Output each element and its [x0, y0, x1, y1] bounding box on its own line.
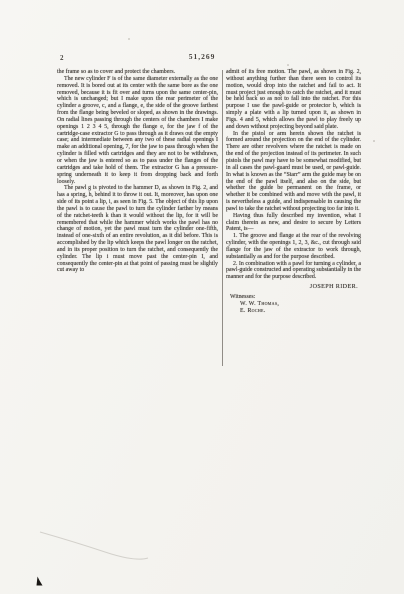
- paragraph: The new cylinder F is of the same diamet…: [57, 76, 218, 186]
- paragraph: The pawl g is pivoted to the hammer D, a…: [57, 185, 218, 274]
- page-header: 2 51,269: [0, 52, 404, 66]
- left-column: the frame so as to cover and protect the…: [57, 69, 218, 315]
- patent-page: 2 51,269 the frame so as to cover and pr…: [0, 0, 404, 594]
- witness-name: E. Roche.: [226, 308, 361, 315]
- paragraph: 1. The groove and flange at the rear of …: [226, 233, 361, 260]
- paragraph: 2. In combination with a pawl for turnin…: [226, 261, 361, 282]
- paper-speck: [128, 38, 130, 40]
- right-column-text: admit of its free motion. The pawl, as s…: [226, 69, 361, 281]
- paragraph: the frame so as to cover and protect the…: [57, 69, 218, 76]
- paragraph: In the pistol or arm herein shown the ra…: [226, 131, 361, 213]
- text-block: the frame so as to cover and protect the…: [57, 69, 361, 315]
- right-column: admit of its free motion. The pawl, as s…: [226, 69, 361, 315]
- patent-number: 51,269: [0, 52, 404, 61]
- ink-mark: [36, 576, 44, 586]
- witness-name: W. W. Thomas,: [226, 301, 361, 308]
- paragraph: Having thus fully described my invention…: [226, 213, 361, 234]
- signature: JOSEPH RIDER.: [226, 284, 361, 291]
- witnesses-label: Witnesses:: [226, 294, 361, 301]
- paper-speck: [287, 64, 289, 66]
- column-rule: [222, 70, 223, 366]
- paper-speck: [373, 140, 375, 142]
- scan-scratch-line: [30, 528, 150, 563]
- paragraph: admit of its free motion. The pawl, as s…: [226, 69, 361, 131]
- left-column-text: the frame so as to cover and protect the…: [57, 69, 218, 274]
- witnesses-block: Witnesses: W. W. Thomas, E. Roche.: [226, 294, 361, 315]
